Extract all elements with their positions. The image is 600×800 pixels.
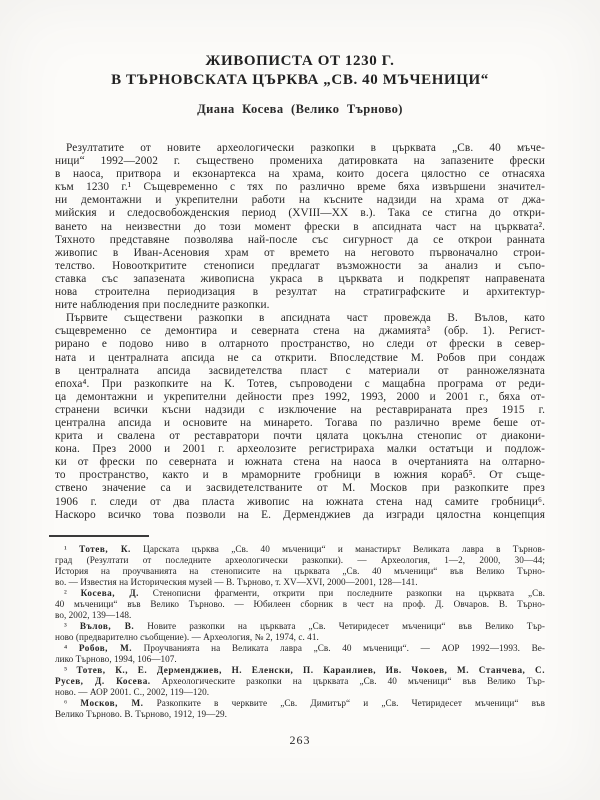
text-line: ната и централната апсида не са открити.…: [55, 352, 545, 365]
text-line: епоха⁴. При разкопките на К. Тотев, съпр…: [55, 378, 545, 391]
paragraph: Резултатите от новите археологически раз…: [55, 142, 545, 312]
text-line: крита и свалена от реставратори почти ця…: [55, 430, 545, 443]
text-line: Наскоро всичко това позволи на Е. Дермен…: [55, 509, 545, 522]
text-line: кона. През 2000 и 2001 г. археолозите ре…: [55, 443, 545, 456]
footnote: ⁵ Тотев, К., Е. Дерменджиев, Н. Еленски,…: [55, 665, 545, 698]
article-body: Резултатите от новите археологически раз…: [55, 142, 545, 522]
footnote: ³ Вълов, В. Новите разкопки на църквата …: [55, 621, 545, 643]
footnote-line: 40 мъченици“ във Велико Търново. — Юбиле…: [55, 599, 545, 610]
footnote-marker: ⁵: [64, 665, 77, 675]
footnote: ¹ Тотев, К. Царската църква „Св. 40 мъче…: [55, 544, 545, 588]
footnote-author: Вълов, В.: [80, 621, 134, 631]
text-line: живопис в Иван-Асеновия храм от времето …: [55, 247, 545, 260]
footnote-line: во, 2002, 139—148.: [55, 610, 545, 621]
page-number: 263: [55, 733, 545, 748]
footnote-line: град (Резултати от последните археологич…: [55, 555, 545, 566]
footnote-line: во. — Известия на Историческия музей — В…: [55, 577, 545, 588]
text-line: централна апсида и основите на минарето.…: [55, 417, 545, 430]
text-line: странени всички късни надзиди с изключен…: [55, 404, 545, 417]
footnote-line: История на проучванията на стенописите н…: [55, 566, 545, 577]
footnote-marker: ³: [64, 621, 80, 631]
footnote-author: Тотев, К.: [79, 544, 131, 554]
article-title-line-2: В ТЪРНОВСКАТА ЦЪРКВА „СВ. 40 МЪЧЕНИЦИ“: [55, 71, 545, 90]
footnote-author: Русев, Д. Косева.: [55, 676, 151, 686]
text-line: ки от фрески по северната и южната стена…: [55, 456, 545, 469]
footnote: ² Косева, Д. Стенописни фрагменти, откри…: [55, 588, 545, 621]
article-title-line-1: ЖИВОПИСТА ОТ 1230 Г.: [55, 52, 545, 71]
text-line: то пространство, както и в мраморните гр…: [55, 469, 545, 482]
footnote-line: ⁴ Робов, М. Проучванията на Великата лав…: [55, 643, 545, 654]
text-line: ни демонтажни и укрепителни работи на къ…: [55, 194, 545, 207]
text-line: ването на неизвестни до този момент фрес…: [55, 221, 545, 234]
footnote-author: Косева, Д.: [81, 588, 139, 598]
text-line: 1906 г. следи от два пласта живопис на ю…: [55, 496, 545, 509]
text-line: Тяхното представяне позволява най-после …: [55, 234, 545, 247]
footnote-line: ³ Вълов, В. Новите разкопки на църквата …: [55, 621, 545, 632]
article-author: Диана Косева (Велико Търново): [55, 102, 545, 117]
footnote-line: ² Косева, Д. Стенописни фрагменти, откри…: [55, 588, 545, 599]
text-line: телство. Новооткритите стенописи предлаг…: [55, 260, 545, 273]
footnote-author: Робов, М.: [79, 643, 132, 653]
text-line: нова строителна периодизация в резултат …: [55, 286, 545, 299]
footnote-author: Москов, М.: [80, 698, 143, 708]
text-line: Резултатите от новите археологически раз…: [55, 142, 545, 155]
footnote-line: ново (предварително съобщение). — Археол…: [55, 632, 545, 643]
article-title: ЖИВОПИСТА ОТ 1230 Г. В ТЪРНОВСКАТА ЦЪРКВ…: [55, 52, 545, 90]
text-line: в наоса, притвора и екзонартекса на храм…: [55, 168, 545, 181]
footnote-line: лико Търново, 1994, 106—107.: [55, 654, 545, 665]
footnote: ⁶ Москов, М. Разкопките в черквите „Св. …: [55, 698, 545, 720]
footnote-marker: ⁴: [64, 643, 79, 653]
text-line: ните наблюдения при последните разкопки.: [55, 299, 545, 312]
footnote-line: ⁵ Тотев, К., Е. Дерменджиев, Н. Еленски,…: [55, 665, 545, 676]
text-line: ствено значение са и засвидетелстваните …: [55, 482, 545, 495]
text-line: ставка със запазената живописна украса в…: [55, 273, 545, 286]
text-line: същевременно се демонтира и северната ст…: [55, 325, 545, 338]
footnote-line: Русев, Д. Косева. Археологическите разко…: [55, 676, 545, 687]
scanned-page: ЖИВОПИСТА ОТ 1230 Г. В ТЪРНОВСКАТА ЦЪРКВ…: [0, 0, 600, 800]
footnote-marker: ¹: [64, 544, 79, 554]
footnote-line: Велико Търново. В. Търново, 1912, 19—29.: [55, 709, 545, 720]
text-line: към 1230 г.¹ Същевременно с тях по разли…: [55, 181, 545, 194]
footnote-marker: ²: [64, 588, 81, 598]
text-line: в централната апсида засвидетелства плас…: [55, 365, 545, 378]
footnote-marker: ⁶: [64, 698, 80, 708]
text-line: ца демонтажни и укрепителни дейности пре…: [55, 391, 545, 404]
text-line: мийския и следосвобожденския период (XVI…: [55, 207, 545, 220]
paragraph: Първите съществени разкопки в апсидната …: [55, 312, 545, 522]
text-line: рирано е подово ниво в олтарното простра…: [55, 338, 545, 351]
text-line: ници“ 1992—2002 г. съществено промениха …: [55, 155, 545, 168]
footnote-separator: [49, 535, 149, 537]
footnote: ⁴ Робов, М. Проучванията на Великата лав…: [55, 643, 545, 665]
text-line: Първите съществени разкопки в апсидната …: [55, 312, 545, 325]
footnote-line: ¹ Тотев, К. Царската църква „Св. 40 мъче…: [55, 544, 545, 555]
footnote-author: Тотев, К., Е. Дерменджиев, Н. Еленски, П…: [77, 665, 545, 675]
footnote-line: ново. — АОР 2001. С., 2002, 119—120.: [55, 687, 545, 698]
footnotes-section: ¹ Тотев, К. Царската църква „Св. 40 мъче…: [55, 544, 545, 720]
footnote-line: ⁶ Москов, М. Разкопките в черквите „Св. …: [55, 698, 545, 709]
